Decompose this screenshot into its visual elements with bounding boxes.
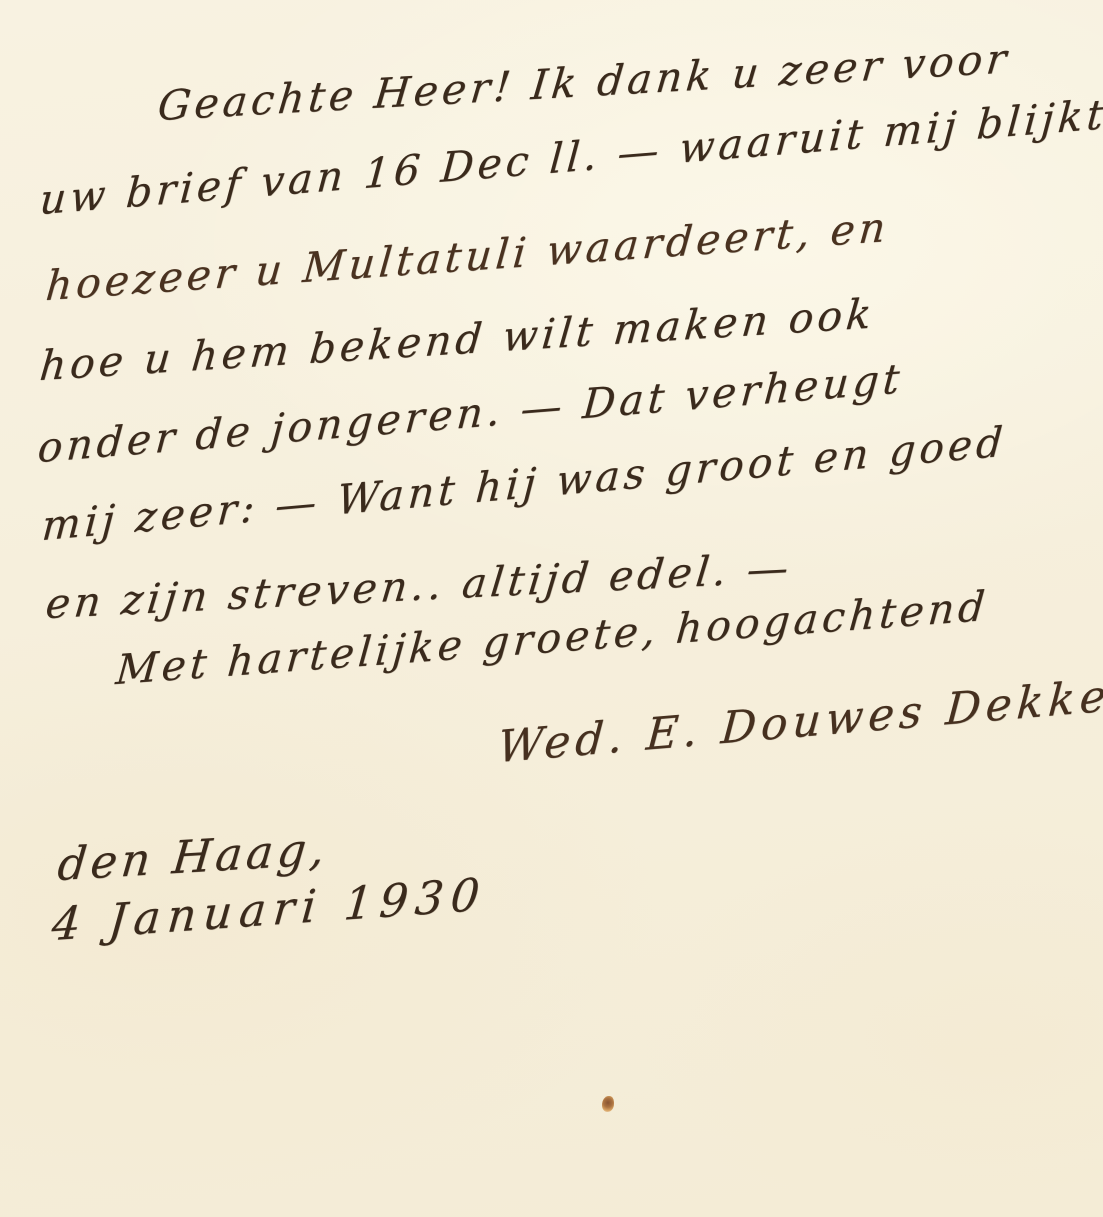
letter-line-3-text: hoezeer u Multatuli waardeert, en [44, 203, 891, 310]
letter-page: Geachte Heer! Ik dank u zeer voor uw bri… [0, 0, 1103, 1217]
ink-spot [602, 1096, 614, 1112]
signature-text: Wed. E. Douwes Dekker [496, 668, 1103, 773]
letter-line-3: hoezeer u Multatuli waardeert, en [44, 203, 891, 310]
signature: Wed. E. Douwes Dekker [496, 668, 1103, 772]
